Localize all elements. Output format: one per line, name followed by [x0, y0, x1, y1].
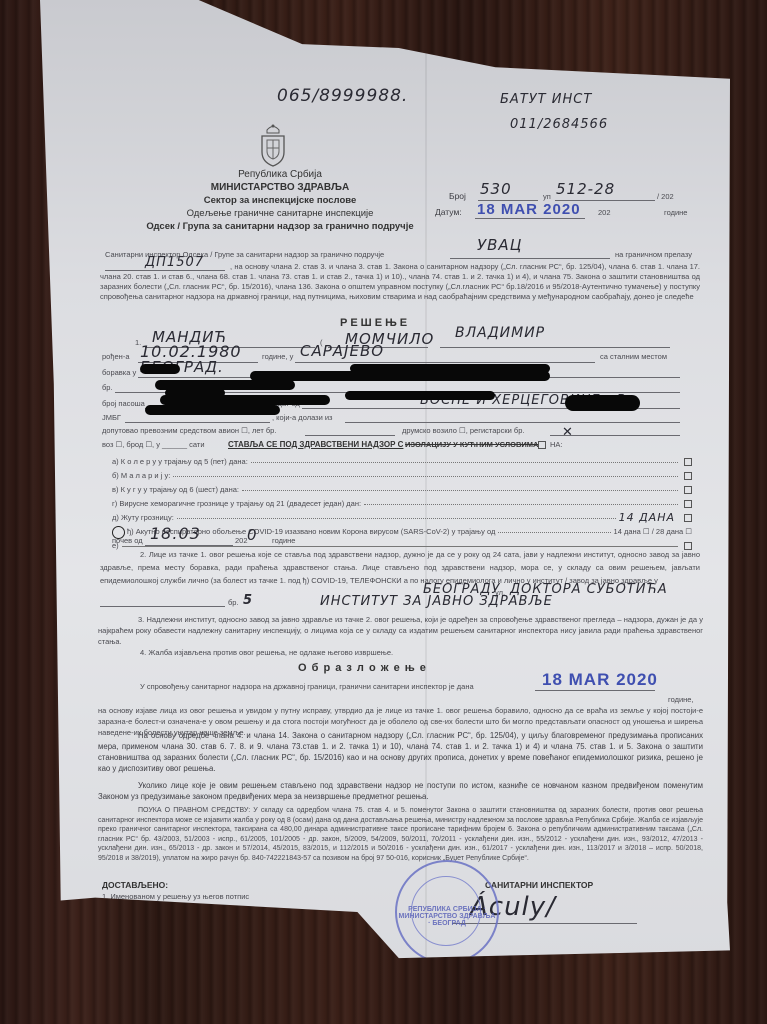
- first-name-handwritten: ВЛАДИМИР: [455, 325, 545, 341]
- crossing-line: [450, 258, 610, 259]
- header-country: Република Србија: [60, 168, 500, 181]
- intro-legal-text: , на основу члана 2. став 3. и члана 3. …: [100, 262, 700, 302]
- item2-no-line: [100, 606, 225, 607]
- serbian-coat-of-arms-icon: [258, 122, 288, 168]
- disease-item: б) М а л а р и ј у:: [112, 469, 692, 483]
- born-label: рођен-а: [102, 352, 130, 362]
- legal-remedy-text: ПОУКА О ПРАВНОМ СРЕДСТВУ: У складу са од…: [98, 806, 703, 863]
- date-suffix: године: [664, 208, 687, 218]
- first-name-line: [440, 347, 670, 348]
- handwritten-phone: 065/8999988.: [277, 86, 408, 106]
- start-date-line: [145, 545, 233, 546]
- coming-from-label: , који-а долази из: [272, 413, 333, 423]
- disease-label: б) М а л а р и ј у:: [112, 471, 170, 481]
- disease-checkbox[interactable]: [684, 472, 692, 480]
- reasoning-title: О б р а з л о ж е њ е: [298, 662, 427, 674]
- start-date-handwritten: 18.03: [150, 524, 201, 543]
- disease-label: в) К у г у у трајању од 6 (шест) дана:: [112, 485, 239, 495]
- start-year-handwritten: 0: [247, 526, 258, 544]
- disease-checkbox[interactable]: [684, 500, 692, 508]
- redaction-bar: [145, 405, 280, 415]
- official-seal: РЕПУБЛИКА СРБИЈА · МИНИСТАРСТВО ЗДРАВЉА …: [395, 860, 499, 964]
- birth-place-handwritten: САРАЈЕВО: [300, 342, 384, 360]
- handwritten-x-mark: ✕: [562, 425, 574, 440]
- date-stamp: 18 MAR 2020: [477, 201, 581, 218]
- item3-text: 3. Надлежни институт, односно завод за ј…: [98, 614, 703, 647]
- placed-under-supervision: СТАВЉА СЕ ПОД ЗДРАВСТВЕНИ НАДЗОР С: [228, 440, 403, 449]
- birth-place-line: [295, 362, 595, 363]
- no-label: бр.: [102, 383, 113, 393]
- reasoning-p1-start: У спровођењу санитарног надзора на држав…: [140, 682, 474, 692]
- fill-line: [173, 476, 678, 477]
- item2-no-handwritten: 5: [243, 593, 253, 608]
- redaction-bar: [345, 391, 495, 400]
- header-ministry: МИНИСТАРСТВО ЗДРАВЉА: [60, 181, 500, 194]
- disease-item: д) Жуту грозницу: 14 ДАНА: [112, 511, 692, 525]
- reasoning-p2: На основу одредбе члана 4. и члана 14. З…: [98, 730, 703, 774]
- residence-label: са сталним местом: [600, 352, 667, 362]
- header-department: Одељење граничне санитарне инспекције: [60, 207, 500, 220]
- reference-year-label: / 202: [657, 192, 674, 202]
- passport-label: број пасоша: [102, 399, 145, 409]
- disease-label: г) Вирусне хеморагичне грознице у трајањ…: [112, 499, 361, 509]
- disease-label: а) К о л е р у у трајању од 5 (пет) дана…: [112, 457, 248, 467]
- jmbg-label: ЈМБГ: [102, 413, 121, 423]
- reference-number-label: Број: [449, 190, 466, 202]
- seal-text: РЕПУБЛИКА СРБИЈА · МИНИСТАРСТВО ЗДРАВЉА …: [397, 906, 497, 927]
- residence-label2: боравка у: [102, 368, 136, 378]
- date-line: [475, 218, 585, 219]
- start-year-prefix: 202: [235, 536, 248, 546]
- disease-item: а) К о л е р у у трајању од 5 (пет) дана…: [112, 455, 692, 469]
- reasoning-p3: Уколико лице које је овим решењем ставље…: [98, 780, 703, 802]
- item4-text: 4. Жалба изјављена против овог решења, н…: [140, 648, 393, 658]
- fill-line: [251, 462, 678, 463]
- transport-line: допутовао превозним средством авион ☐, л…: [102, 426, 276, 436]
- redaction-bar: [565, 395, 640, 411]
- fill-line: [177, 518, 616, 519]
- date-label: Датум:: [435, 206, 462, 218]
- covid-duration-options[interactable]: 14 дана ☐ / 28 дана ☐: [614, 527, 692, 537]
- home-isolation: ИЗОЛАЦИЈУ У КУЋНИМ УСЛОВИМА: [405, 440, 538, 449]
- redaction-bar: [250, 371, 550, 381]
- header-group: Одсек / Група за санитарни надзор за гра…: [60, 220, 500, 233]
- disease-item: г) Вирусне хеморагичне грознице у трајањ…: [112, 497, 692, 511]
- header-sector: Сектор за инспекцијске послове: [60, 194, 500, 207]
- reasoning-date-line: [535, 690, 655, 691]
- isolation-checkbox[interactable]: [538, 441, 546, 449]
- covid-duration-handwritten: 14 ДАНА: [619, 513, 675, 523]
- reference-number-suffix: 512-28: [556, 180, 615, 198]
- coming-from-line: [345, 422, 680, 423]
- date-year-label: 202: [598, 208, 611, 218]
- delivery-title: ДОСТАВЉЕНО:: [102, 880, 168, 890]
- reference-number-value: 530: [480, 180, 512, 198]
- fill-line: [498, 532, 610, 533]
- item2-no-label: бр.: [228, 598, 239, 608]
- item2-institute-handwritten: ИНСТИТУТ ЗА ЈАВНО ЗДРАВЉЕ: [320, 594, 553, 609]
- fill-line: [242, 490, 678, 491]
- fill-line: [364, 504, 678, 505]
- jmbg-line: [125, 422, 270, 423]
- reasoning-date-stamp: 18 MAR 2020: [542, 670, 658, 690]
- flight-line: [305, 435, 395, 436]
- redaction-bar: [160, 395, 330, 405]
- redaction-bar: [140, 364, 180, 374]
- disease-item: в) К у г у у трајању од 6 (шест) дана:: [112, 483, 692, 497]
- header-block: Република Србија МИНИСТАРСТВО ЗДРАВЉА Се…: [60, 168, 500, 233]
- handwritten-note-line2: 011/2684566: [510, 117, 608, 132]
- disease-label: д) Жуту грозницу:: [112, 513, 174, 523]
- border-crossing-handwritten: УВАЦ: [477, 236, 522, 254]
- disease-checkbox[interactable]: [684, 486, 692, 494]
- year-label: године, у: [262, 352, 293, 362]
- document-paper: 065/8999988. БАТУТ ИНСТ 011/2684566 Репу…: [40, 0, 730, 960]
- transport-line3: воз ☐, брод ☐, у ______ сати: [102, 440, 205, 450]
- start-label: почев од: [112, 536, 143, 546]
- decision-title: РЕШЕЊЕ: [340, 317, 410, 329]
- handwritten-note-line1: БАТУТ ИНСТ: [500, 92, 592, 107]
- transport-line2: друмско возило ☐, регистарски бр.: [402, 426, 524, 436]
- isolation-tail: НА:: [550, 440, 563, 450]
- start-suffix: године: [272, 536, 295, 546]
- inspector-label: САНИТАРНИ ИНСПЕКТОР: [485, 880, 593, 890]
- disease-checkbox[interactable]: [684, 458, 692, 466]
- disease-checkbox[interactable]: [684, 514, 692, 522]
- intro-line1-end: на граничном прелазу: [615, 250, 692, 260]
